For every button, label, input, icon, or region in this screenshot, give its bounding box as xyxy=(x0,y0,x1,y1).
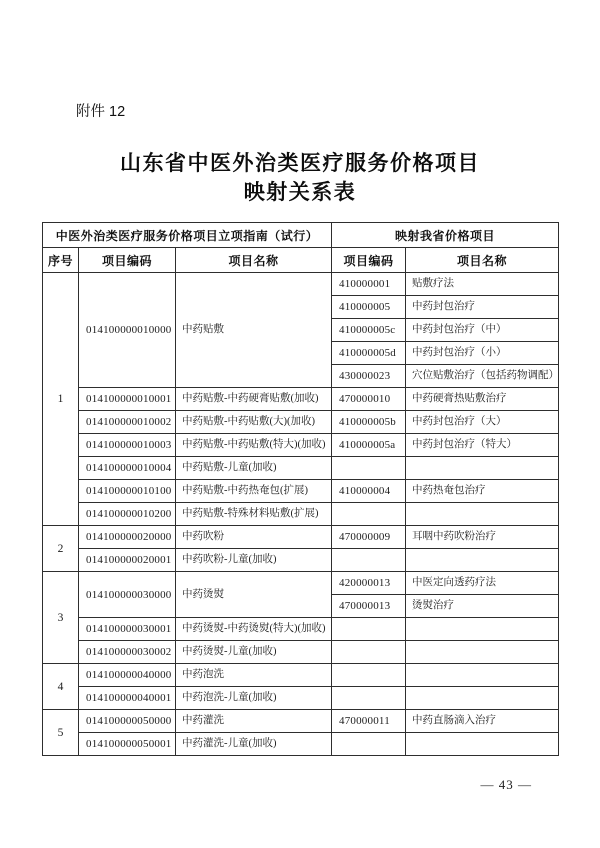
mapped-code-cell: 410000005b xyxy=(332,411,406,434)
mapped-code-cell xyxy=(332,549,406,572)
mapped-code-cell: 410000005c xyxy=(332,319,406,342)
col-header-mapped-code: 项目编码 xyxy=(332,248,406,273)
guide-code-cell: 014100000030000 xyxy=(79,572,176,618)
mapped-code-cell: 410000005d xyxy=(332,342,406,365)
document-title: 山东省中医外治类医疗服务价格项目 映射关系表 xyxy=(0,149,600,207)
guide-name-cell: 中药贴敷-中药贴敷(特大)(加收) xyxy=(176,434,332,457)
table-row: 014100000010003中药贴敷-中药贴敷(特大)(加收)41000000… xyxy=(43,434,559,457)
group-header-province: 映射我省价格项目 xyxy=(332,223,559,248)
guide-code-cell: 014100000010200 xyxy=(79,503,176,526)
page-number: — 43 — xyxy=(481,777,533,793)
mapped-code-cell xyxy=(332,457,406,480)
mapped-code-cell: 410000005a xyxy=(332,434,406,457)
mapped-code-cell xyxy=(332,733,406,756)
group-header-guide: 中医外治类医疗服务价格项目立项指南（试行） xyxy=(43,223,332,248)
mapped-code-cell xyxy=(332,618,406,641)
mapped-name-cell: 中药封包治疗 xyxy=(406,296,559,319)
mapped-name-cell xyxy=(406,549,559,572)
guide-code-cell: 014100000040001 xyxy=(79,687,176,710)
mapped-name-cell: 耳咽中药吹粉治疗 xyxy=(406,526,559,549)
table-row: 014100000010200中药贴敷-特殊材料贴敷(扩展) xyxy=(43,503,559,526)
title-line-2: 映射关系表 xyxy=(0,178,600,207)
mapped-name-cell xyxy=(406,503,559,526)
table-row: 014100000010004中药贴敷-儿童(加收) xyxy=(43,457,559,480)
table-body: 1014100000010000中药贴敷410000001贴敷疗法4100000… xyxy=(43,273,559,756)
guide-name-cell: 中药灌洗 xyxy=(176,710,332,733)
mapped-name-cell: 中医定向透药疗法 xyxy=(406,572,559,595)
guide-name-cell: 中药贴敷-中药贴敷(大)(加收) xyxy=(176,411,332,434)
table-row: 014100000030001中药烫熨-中药烫熨(特大)(加收) xyxy=(43,618,559,641)
mapped-name-cell: 中药直肠滴入治疗 xyxy=(406,710,559,733)
mapped-name-cell: 穴位贴敷治疗（包括药物调配） xyxy=(406,365,559,388)
guide-name-cell: 中药贴敷-中药热奄包(扩展) xyxy=(176,480,332,503)
table-row: 1014100000010000中药贴敷410000001贴敷疗法 xyxy=(43,273,559,296)
table-row: 014100000020001中药吹粉-儿童(加收) xyxy=(43,549,559,572)
guide-code-cell: 014100000010004 xyxy=(79,457,176,480)
table-row: 014100000040001中药泡洗-儿童(加收) xyxy=(43,687,559,710)
guide-code-cell: 014100000020000 xyxy=(79,526,176,549)
guide-name-cell: 中药泡洗 xyxy=(176,664,332,687)
mapped-code-cell: 410000005 xyxy=(332,296,406,319)
table-row: 014100000010001中药贴敷-中药硬膏贴敷(加收)470000010中… xyxy=(43,388,559,411)
guide-code-cell: 014100000020001 xyxy=(79,549,176,572)
mapped-code-cell xyxy=(332,503,406,526)
seq-cell: 2 xyxy=(43,526,79,572)
col-header-guide-name: 项目名称 xyxy=(176,248,332,273)
mapped-code-cell: 470000011 xyxy=(332,710,406,733)
table-row: 014100000010100中药贴敷-中药热奄包(扩展)410000004中药… xyxy=(43,480,559,503)
guide-name-cell: 中药灌洗-儿童(加收) xyxy=(176,733,332,756)
guide-code-cell: 014100000030001 xyxy=(79,618,176,641)
mapped-code-cell: 420000013 xyxy=(332,572,406,595)
mapped-name-cell: 中药热奄包治疗 xyxy=(406,480,559,503)
table-row: 014100000030002中药烫熨-儿童(加收) xyxy=(43,641,559,664)
guide-name-cell: 中药贴敷-中药硬膏贴敷(加收) xyxy=(176,388,332,411)
guide-code-cell: 014100000040000 xyxy=(79,664,176,687)
col-header-seq: 序号 xyxy=(43,248,79,273)
guide-code-cell: 014100000010000 xyxy=(79,273,176,388)
table-row: 014100000050001中药灌洗-儿童(加收) xyxy=(43,733,559,756)
guide-code-cell: 014100000010003 xyxy=(79,434,176,457)
guide-name-cell: 中药贴敷 xyxy=(176,273,332,388)
mapped-name-cell xyxy=(406,733,559,756)
guide-name-cell: 中药烫熨-中药烫熨(特大)(加收) xyxy=(176,618,332,641)
table-row: 3014100000030000中药烫熨420000013中医定向透药疗法 xyxy=(43,572,559,595)
guide-name-cell: 中药烫熨-儿童(加收) xyxy=(176,641,332,664)
guide-name-cell: 中药泡洗-儿童(加收) xyxy=(176,687,332,710)
guide-code-cell: 014100000010100 xyxy=(79,480,176,503)
table-row: 4014100000040000中药泡洗 xyxy=(43,664,559,687)
guide-name-cell: 中药贴敷-特殊材料贴敷(扩展) xyxy=(176,503,332,526)
mapped-code-cell xyxy=(332,641,406,664)
mapped-code-cell: 410000004 xyxy=(332,480,406,503)
mapping-table: 中医外治类医疗服务价格项目立项指南（试行） 映射我省价格项目 序号 项目编码 项… xyxy=(42,222,559,756)
seq-cell: 5 xyxy=(43,710,79,756)
mapped-code-cell: 470000010 xyxy=(332,388,406,411)
title-line-1: 山东省中医外治类医疗服务价格项目 xyxy=(0,149,600,178)
mapped-name-cell: 中药硬膏热贴敷治疗 xyxy=(406,388,559,411)
mapped-name-cell xyxy=(406,687,559,710)
group-header-row: 中医外治类医疗服务价格项目立项指南（试行） 映射我省价格项目 xyxy=(43,223,559,248)
guide-code-cell: 014100000010002 xyxy=(79,411,176,434)
mapped-code-cell xyxy=(332,687,406,710)
guide-code-cell: 014100000030002 xyxy=(79,641,176,664)
table-row: 2014100000020000中药吹粉470000009耳咽中药吹粉治疗 xyxy=(43,526,559,549)
mapped-code-cell: 470000013 xyxy=(332,595,406,618)
mapped-code-cell: 410000001 xyxy=(332,273,406,296)
mapped-name-cell xyxy=(406,618,559,641)
mapped-name-cell xyxy=(406,457,559,480)
seq-cell: 3 xyxy=(43,572,79,664)
mapped-name-cell: 贴敷疗法 xyxy=(406,273,559,296)
page: 附件 12 山东省中医外治类医疗服务价格项目 映射关系表 中医外治类医疗服务价格… xyxy=(0,0,600,848)
guide-name-cell: 中药贴敷-儿童(加收) xyxy=(176,457,332,480)
attachment-label: 附件 12 xyxy=(76,100,125,121)
guide-name-cell: 中药吹粉-儿童(加收) xyxy=(176,549,332,572)
mapped-code-cell xyxy=(332,664,406,687)
guide-code-cell: 014100000010001 xyxy=(79,388,176,411)
mapped-name-cell: 中药封包治疗（中） xyxy=(406,319,559,342)
mapped-name-cell: 烫熨治疗 xyxy=(406,595,559,618)
col-header-mapped-name: 项目名称 xyxy=(406,248,559,273)
table-row: 5014100000050000中药灌洗470000011中药直肠滴入治疗 xyxy=(43,710,559,733)
seq-cell: 4 xyxy=(43,664,79,710)
mapped-name-cell xyxy=(406,664,559,687)
mapped-code-cell: 430000023 xyxy=(332,365,406,388)
mapped-name-cell: 中药封包治疗（小） xyxy=(406,342,559,365)
col-header-guide-code: 项目编码 xyxy=(79,248,176,273)
guide-code-cell: 014100000050000 xyxy=(79,710,176,733)
guide-code-cell: 014100000050001 xyxy=(79,733,176,756)
guide-name-cell: 中药吹粉 xyxy=(176,526,332,549)
guide-name-cell: 中药烫熨 xyxy=(176,572,332,618)
mapped-name-cell xyxy=(406,641,559,664)
mapped-name-cell: 中药封包治疗（特大） xyxy=(406,434,559,457)
seq-cell: 1 xyxy=(43,273,79,526)
mapped-code-cell: 470000009 xyxy=(332,526,406,549)
mapped-name-cell: 中药封包治疗（大） xyxy=(406,411,559,434)
column-header-row: 序号 项目编码 项目名称 项目编码 项目名称 xyxy=(43,248,559,273)
table-row: 014100000010002中药贴敷-中药贴敷(大)(加收)410000005… xyxy=(43,411,559,434)
